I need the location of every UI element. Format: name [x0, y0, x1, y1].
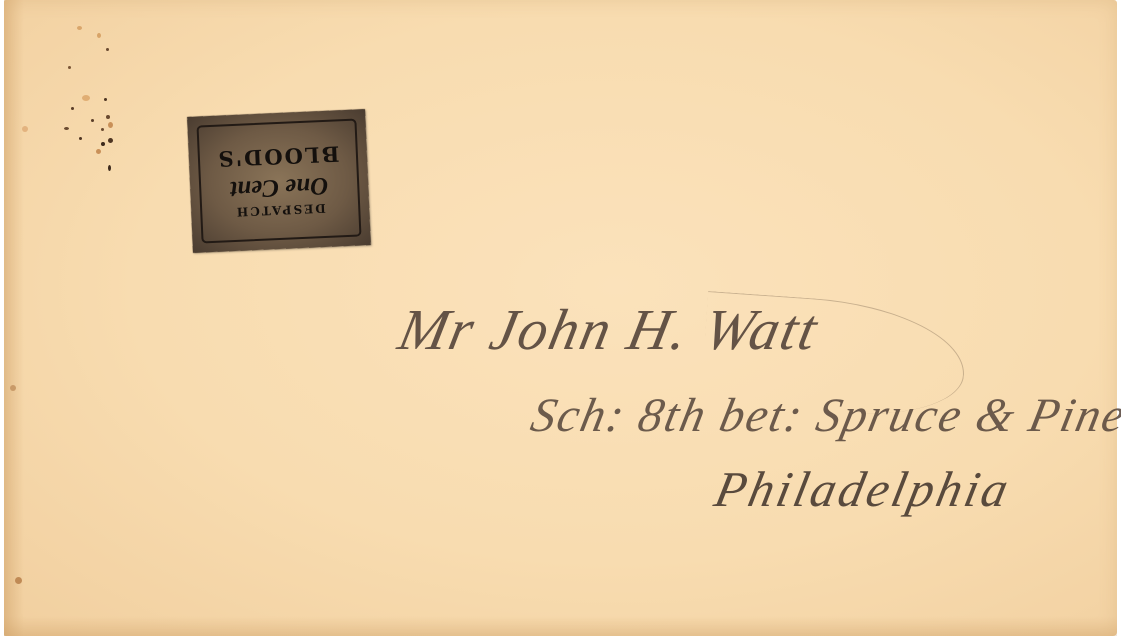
- stamp-line-one-cent: One Cent: [230, 171, 329, 203]
- recipient-street: Sch: 8th bet: Spruce & Pine: [526, 388, 1121, 443]
- paper-edge-shading: [4, 0, 24, 636]
- paper-edge-shading-bottom: [4, 616, 1117, 636]
- bloods-despatch-stamp: DESPATCH One Cent BLOOD'S: [187, 109, 371, 253]
- stamp-text: DESPATCH One Cent BLOOD'S: [187, 109, 371, 253]
- recipient-name: Mr John H. Watt: [393, 296, 825, 363]
- stamp-line-bloods: BLOOD'S: [216, 142, 340, 172]
- stamp-line-despatch: DESPATCH: [235, 201, 326, 219]
- recipient-city: Philadelphia: [710, 460, 1017, 518]
